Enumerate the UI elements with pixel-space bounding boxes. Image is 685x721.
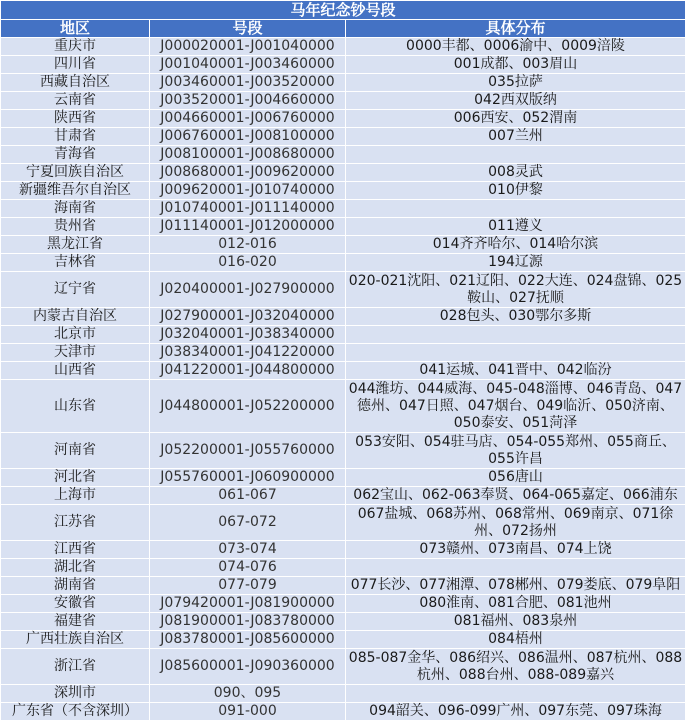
range-cell: J083780001-J085600000: [150, 631, 346, 649]
region-cell: 深圳市: [1, 685, 150, 703]
range-cell: J001040001-J003460000: [150, 56, 346, 74]
range-cell: J010740001-J011140000: [150, 200, 346, 218]
table-row: 山东省J044800001-J052200000044潍坊、044威海、045-…: [1, 380, 685, 433]
region-cell: 浙江省: [1, 649, 150, 685]
range-cell: J011140001-J012000000: [150, 218, 346, 236]
range-cell: 090、095: [150, 685, 346, 703]
region-cell: 新疆维吾尔自治区: [1, 182, 150, 200]
table-row: 广西壮族自治区J083780001-J085600000084梧州: [1, 631, 685, 649]
table-row: 上海市061-067062宝山、062-063奉贤、064-065嘉定、066浦…: [1, 487, 685, 505]
detail-cell: 194辽源: [346, 254, 685, 272]
region-cell: 云南省: [1, 92, 150, 110]
region-cell: 重庆市: [1, 38, 150, 56]
detail-cell: 008灵武: [346, 164, 685, 182]
range-cell: J004660001-J006760000: [150, 110, 346, 128]
table-row: 青海省J008100001-J008680000: [1, 146, 685, 164]
range-cell: J003520001-J004660000: [150, 92, 346, 110]
detail-cell: [346, 200, 685, 218]
range-cell: J041220001-J044800000: [150, 362, 346, 380]
range-cell: J085600001-J090360000: [150, 649, 346, 685]
region-cell: 安徽省: [1, 595, 150, 613]
region-cell: 西藏自治区: [1, 74, 150, 92]
table-row: 重庆市J000020001-J0010400000000丰都、0006渝中、00…: [1, 38, 685, 56]
detail-cell: 014齐齐哈尔、014哈尔滨: [346, 236, 685, 254]
region-cell: 山西省: [1, 362, 150, 380]
detail-cell: 035拉萨: [346, 74, 685, 92]
table-row: 湖北省074-076: [1, 559, 685, 577]
region-cell: 吉林省: [1, 254, 150, 272]
table-row: 深圳市090、095: [1, 685, 685, 703]
detail-cell: 041运城、041晋中、042临汾: [346, 362, 685, 380]
detail-cell: 007兰州: [346, 128, 685, 146]
range-cell: 016-020: [150, 254, 346, 272]
region-cell: 海南省: [1, 200, 150, 218]
detail-cell: 067盐城、068苏州、068常州、069南京、071徐州、072扬州: [346, 505, 685, 541]
table-body: 重庆市J000020001-J0010400000000丰都、0006渝中、00…: [1, 38, 685, 721]
range-cell: J027900001-J032040000: [150, 308, 346, 326]
region-cell: 天津市: [1, 344, 150, 362]
range-cell: J008680001-J009620000: [150, 164, 346, 182]
range-cell: J006760001-J008100000: [150, 128, 346, 146]
range-cell: 091-000: [150, 703, 346, 721]
detail-cell: [346, 326, 685, 344]
detail-cell: [346, 344, 685, 362]
detail-cell: 0000丰都、0006渝中、0009涪陵: [346, 38, 685, 56]
detail-cell: [346, 559, 685, 577]
range-cell: J000020001-J001040000: [150, 38, 346, 56]
region-cell: 广西壮族自治区: [1, 631, 150, 649]
table-row: 天津市J038340001-J041220000: [1, 344, 685, 362]
range-cell: J008100001-J008680000: [150, 146, 346, 164]
detail-cell: [346, 685, 685, 703]
detail-cell: 006西安、052渭南: [346, 110, 685, 128]
region-cell: 甘肃省: [1, 128, 150, 146]
region-cell: 内蒙古自治区: [1, 308, 150, 326]
detail-cell: 073赣州、073南昌、074上饶: [346, 541, 685, 559]
table-row: 贵州省J011140001-J012000000011遵义: [1, 218, 685, 236]
table-row: 内蒙古自治区J027900001-J032040000028包头、030鄂尔多斯: [1, 308, 685, 326]
table-row: 浙江省J085600001-J090360000085-087金华、086绍兴、…: [1, 649, 685, 685]
range-cell: J020400001-J027900000: [150, 272, 346, 308]
region-cell: 江西省: [1, 541, 150, 559]
range-cell: J081900001-J083780000: [150, 613, 346, 631]
region-cell: 北京市: [1, 326, 150, 344]
table-row: 广东省（不含深圳）091-000094韶关、096-099广州、097东莞、09…: [1, 703, 685, 721]
header-range: 号段: [150, 20, 346, 38]
range-cell: 073-074: [150, 541, 346, 559]
table-row: 湖南省077-079077长沙、077湘潭、078郴州、079娄底、079阜阳: [1, 577, 685, 595]
detail-cell: 056唐山: [346, 469, 685, 487]
detail-cell: 010伊黎: [346, 182, 685, 200]
range-cell: 012-016: [150, 236, 346, 254]
detail-cell: 085-087金华、086绍兴、086温州、087杭州、088杭州、088台州、…: [346, 649, 685, 685]
table-row: 北京市J032040001-J038340000: [1, 326, 685, 344]
detail-cell: 077长沙、077湘潭、078郴州、079娄底、079阜阳: [346, 577, 685, 595]
region-cell: 江苏省: [1, 505, 150, 541]
detail-cell: 044潍坊、044威海、045-048淄博、046青岛、047德州、047日照、…: [346, 380, 685, 433]
table-row: 安徽省J079420001-J081900000080淮南、081合肥、081池…: [1, 595, 685, 613]
detail-cell: 080淮南、081合肥、081池州: [346, 595, 685, 613]
range-cell: J055760001-J060900000: [150, 469, 346, 487]
region-cell: 河北省: [1, 469, 150, 487]
table-row: 山西省J041220001-J044800000041运城、041晋中、042临…: [1, 362, 685, 380]
region-cell: 辽宁省: [1, 272, 150, 308]
table-row: 甘肃省J006760001-J008100000007兰州: [1, 128, 685, 146]
table-row: 新疆维吾尔自治区J009620001-J010740000010伊黎: [1, 182, 685, 200]
range-cell: J003460001-J003520000: [150, 74, 346, 92]
table-title: 马年纪念钞号段: [1, 1, 685, 20]
region-cell: 四川省: [1, 56, 150, 74]
table-row: 河南省J052200001-J055760000053安阳、054驻马店、054…: [1, 433, 685, 469]
detail-cell: 020-021沈阳、021辽阳、022大连、024盘锦、025鞍山、027抚顺: [346, 272, 685, 308]
region-cell: 湖北省: [1, 559, 150, 577]
range-cell: 077-079: [150, 577, 346, 595]
detail-cell: 084梧州: [346, 631, 685, 649]
table-row: 江西省073-074073赣州、073南昌、074上饶: [1, 541, 685, 559]
range-cell: J079420001-J081900000: [150, 595, 346, 613]
table-row: 河北省J055760001-J060900000056唐山: [1, 469, 685, 487]
detail-cell: [346, 146, 685, 164]
region-cell: 黑龙江省: [1, 236, 150, 254]
table-row: 江苏省067-072067盐城、068苏州、068常州、069南京、071徐州、…: [1, 505, 685, 541]
region-cell: 山东省: [1, 380, 150, 433]
range-cell: 061-067: [150, 487, 346, 505]
table-row: 黑龙江省012-016014齐齐哈尔、014哈尔滨: [1, 236, 685, 254]
table-row: 吉林省016-020194辽源: [1, 254, 685, 272]
detail-cell: 042西双版纳: [346, 92, 685, 110]
range-cell: 067-072: [150, 505, 346, 541]
region-cell: 陕西省: [1, 110, 150, 128]
table-row: 四川省J001040001-J003460000001成都、003眉山: [1, 56, 685, 74]
detail-cell: 062宝山、062-063奉贤、064-065嘉定、066浦东: [346, 487, 685, 505]
region-cell: 湖南省: [1, 577, 150, 595]
header-region: 地区: [1, 20, 150, 38]
detail-cell: 001成都、003眉山: [346, 56, 685, 74]
detail-cell: 094韶关、096-099广州、097东莞、097珠海: [346, 703, 685, 721]
table-row: 宁夏回族自治区J008680001-J009620000008灵武: [1, 164, 685, 182]
detail-cell: 011遵义: [346, 218, 685, 236]
region-cell: 福建省: [1, 613, 150, 631]
region-cell: 宁夏回族自治区: [1, 164, 150, 182]
detail-cell: 053安阳、054驻马店、054-055郑州、055商丘、055许昌: [346, 433, 685, 469]
detail-cell: 081福州、083泉州: [346, 613, 685, 631]
region-cell: 上海市: [1, 487, 150, 505]
detail-cell: 028包头、030鄂尔多斯: [346, 308, 685, 326]
range-cell: J044800001-J052200000: [150, 380, 346, 433]
table-row: 海南省J010740001-J011140000: [1, 200, 685, 218]
region-cell: 河南省: [1, 433, 150, 469]
table-row: 西藏自治区J003460001-J003520000035拉萨: [1, 74, 685, 92]
range-cell: 074-076: [150, 559, 346, 577]
region-cell: 广东省（不含深圳）: [1, 703, 150, 721]
region-cell: 贵州省: [1, 218, 150, 236]
table-row: 云南省J003520001-J004660000042西双版纳: [1, 92, 685, 110]
table-row: 福建省J081900001-J083780000081福州、083泉州: [1, 613, 685, 631]
table-row: 辽宁省J020400001-J027900000020-021沈阳、021辽阳、…: [1, 272, 685, 308]
range-cell: J032040001-J038340000: [150, 326, 346, 344]
range-cell: J052200001-J055760000: [150, 433, 346, 469]
serial-number-table: 马年纪念钞号段 地区 号段 具体分布 重庆市J000020001-J001040…: [0, 0, 685, 721]
range-cell: J009620001-J010740000: [150, 182, 346, 200]
table-row: 陕西省J004660001-J006760000006西安、052渭南: [1, 110, 685, 128]
region-cell: 青海省: [1, 146, 150, 164]
range-cell: J038340001-J041220000: [150, 344, 346, 362]
header-detail: 具体分布: [346, 20, 685, 38]
